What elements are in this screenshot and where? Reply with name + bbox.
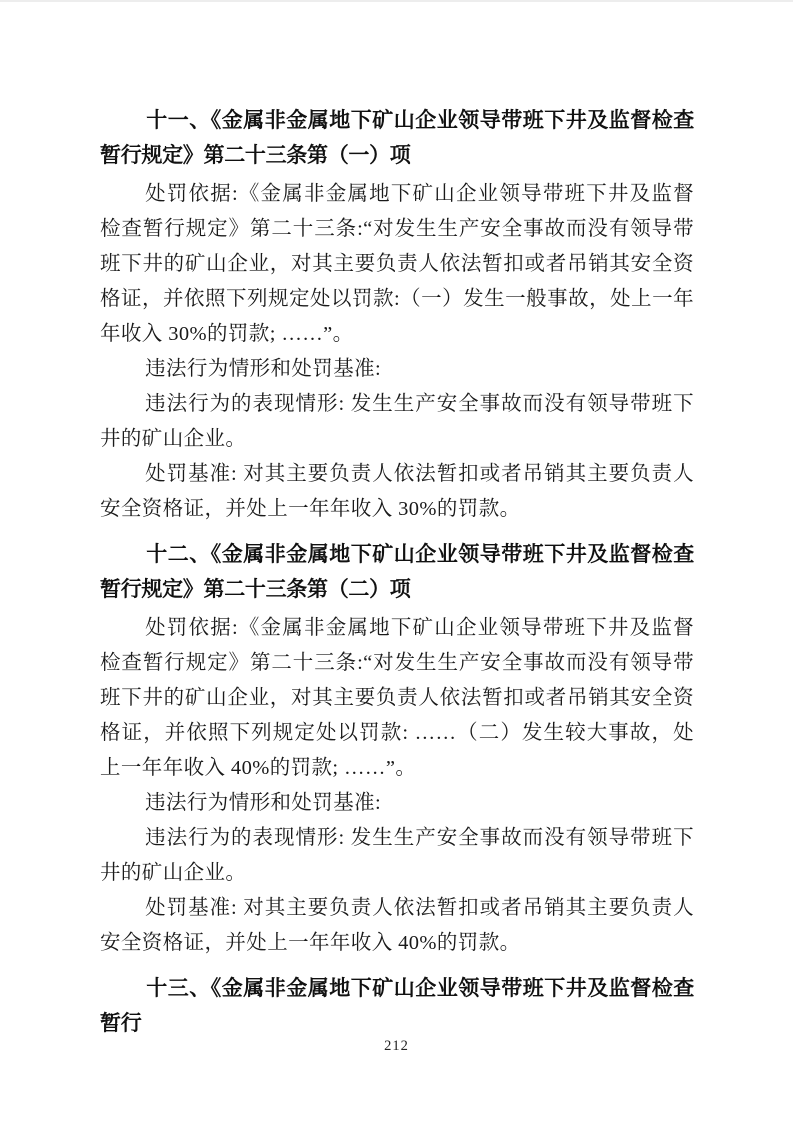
- section-11-violation-and-basis-label: 违法行为情形和处罚基准:: [100, 352, 694, 387]
- section-12-violation-and-basis-label: 违法行为情形和处罚基准:: [100, 786, 694, 821]
- page-number: 212: [0, 1038, 793, 1055]
- section-12-penalty-basis-paragraph: 处罚依据:《金属非金属地下矿山企业领导带班下井及监督检查暂行规定》第二十三条:“…: [100, 611, 694, 786]
- section-heading-12: 十二、《金属非金属地下矿山企业领导带班下井及监督检查暂行规定》第二十三条第（二）…: [100, 537, 694, 607]
- section-heading-11: 十一、《金属非金属地下矿山企业领导带班下井及监督检查暂行规定》第二十三条第（一）…: [100, 103, 694, 173]
- section-11-penalty-standard-paragraph: 处罚基准: 对其主要负责人依法暂扣或者吊销其主要负责人安全资格证，并处上一年年收…: [100, 457, 694, 527]
- document-content: 十一、《金属非金属地下矿山企业领导带班下井及监督检查暂行规定》第二十三条第（一）…: [100, 103, 694, 1045]
- page-top-edge-divider: [0, 0, 793, 2]
- section-heading-13-partial: 十三、《金属非金属地下矿山企业领导带班下井及监督检查暂行: [100, 971, 694, 1041]
- section-12-penalty-standard-paragraph: 处罚基准: 对其主要负责人依法暂扣或者吊销其主要负责人安全资格证，并处上一年年收…: [100, 891, 694, 961]
- section-12-violation-description-paragraph: 违法行为的表现情形: 发生生产安全事故而没有领导带班下井的矿山企业。: [100, 821, 694, 891]
- document-page: 十一、《金属非金属地下矿山企业领导带班下井及监督检查暂行规定》第二十三条第（一）…: [0, 0, 793, 1122]
- section-11-violation-description-paragraph: 违法行为的表现情形: 发生生产安全事故而没有领导带班下井的矿山企业。: [100, 387, 694, 457]
- section-11-penalty-basis-paragraph: 处罚依据:《金属非金属地下矿山企业领导带班下井及监督检查暂行规定》第二十三条:“…: [100, 177, 694, 352]
